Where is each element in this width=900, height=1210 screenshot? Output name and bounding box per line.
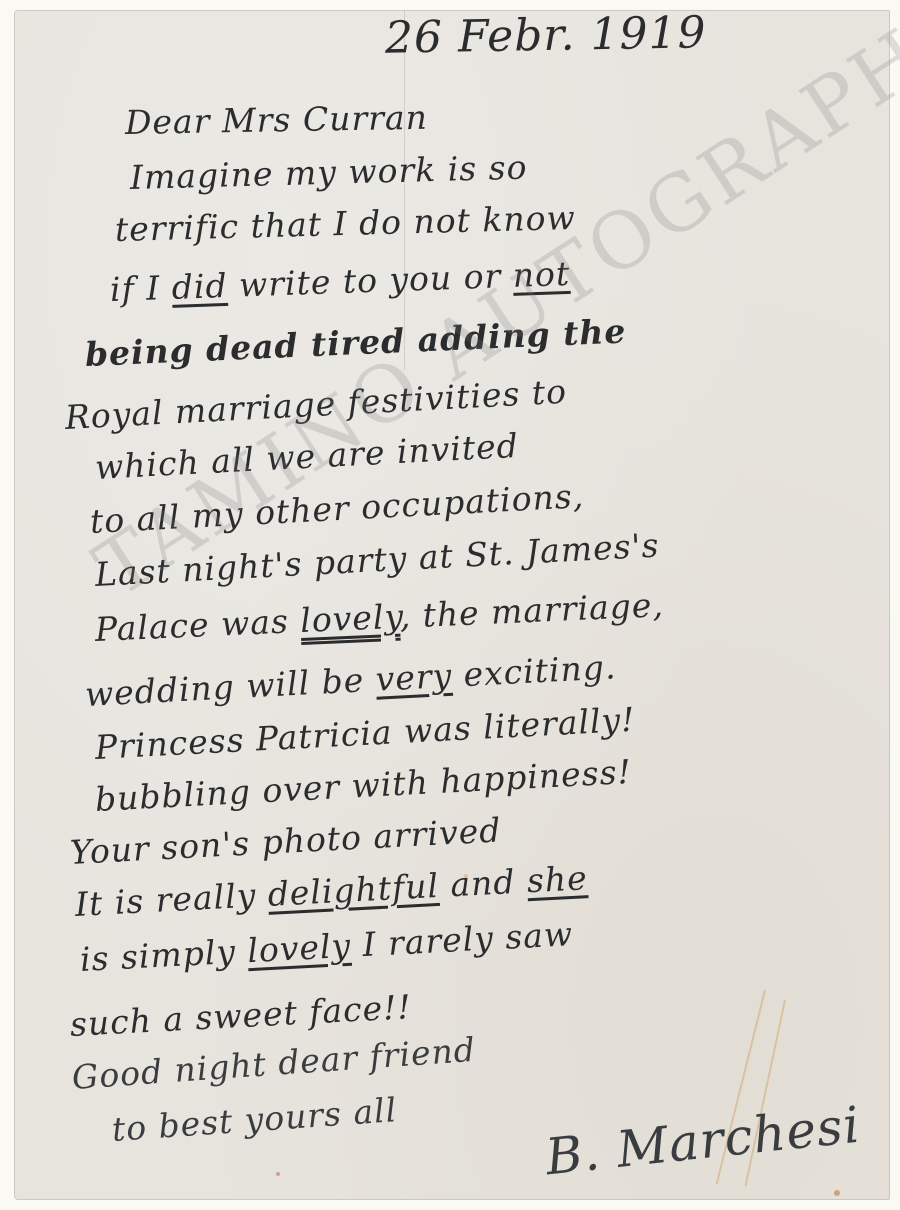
salutation: Dear Mrs Curran <box>125 98 429 142</box>
line-3-part-a: if I <box>109 268 172 309</box>
foxing-spot <box>834 1190 840 1196</box>
emphasis-lovely-2: lovely <box>246 926 352 970</box>
letter-date: 26 Febr. 1919 <box>385 7 707 64</box>
emphasis-not: not <box>512 254 571 295</box>
scanned-letter: 26 Febr. 1919 Dear Mrs Curran Imagine my… <box>0 0 900 1210</box>
emphasis-lovely: lovely <box>299 597 400 640</box>
foxing-spot <box>276 1172 280 1176</box>
line-14-part-b: and <box>438 861 528 905</box>
emphasis-did: did <box>171 266 228 307</box>
emphasis-very: very <box>375 656 454 699</box>
fold-crease <box>404 10 405 370</box>
emphasis-she: she <box>526 858 589 900</box>
